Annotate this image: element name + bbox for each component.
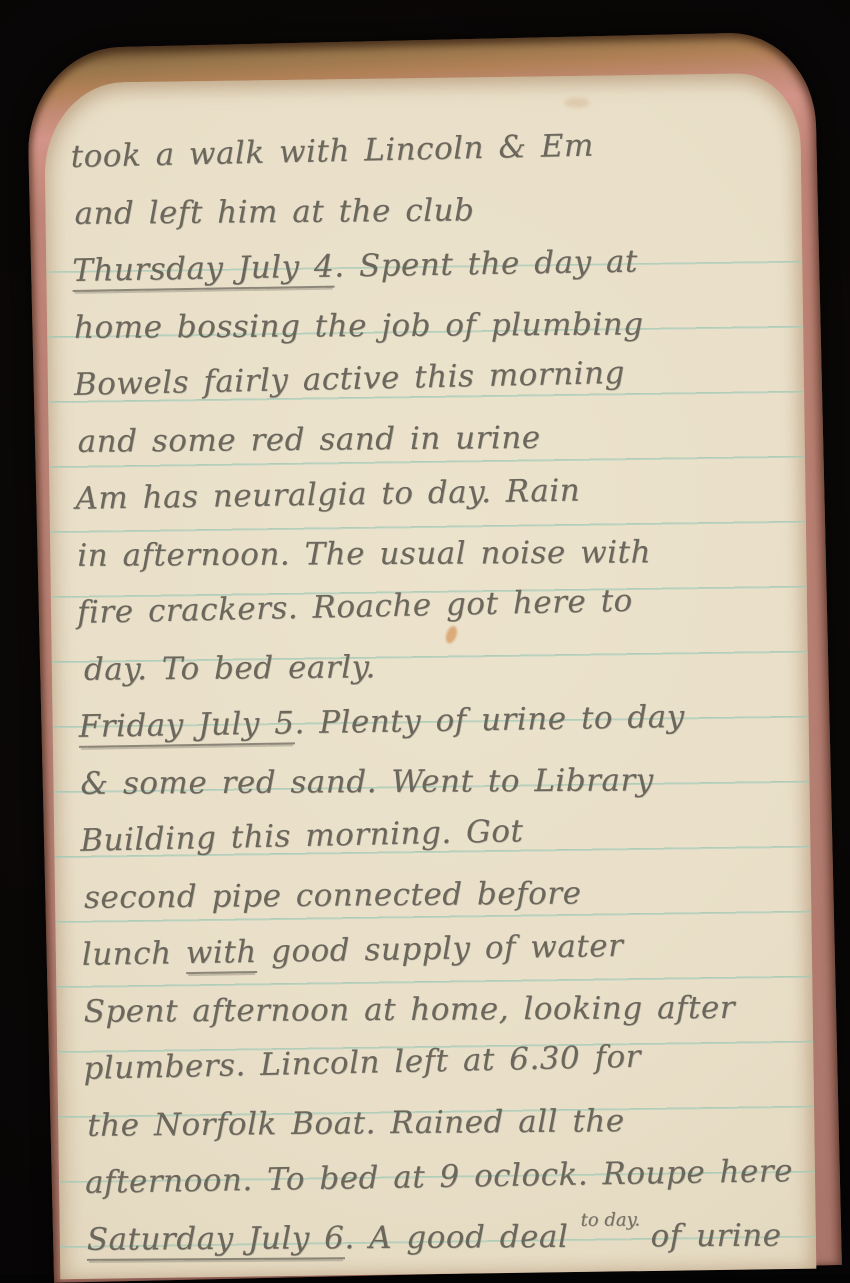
handwriting-line: Saturday July 6. A good deal to day. of … [87, 1207, 808, 1268]
handwriting-line: Am has neuralgia to day. Rain [75, 459, 798, 528]
handwriting-segment: good supply of water [256, 928, 623, 970]
entry-date-heading: Thursday July 4 [72, 249, 335, 292]
handwriting-segment: Am has neuralgia to day. Rain [75, 473, 580, 517]
handwriting-line: Thursday July 4. Spent the day at [72, 231, 795, 300]
handwriting-segment: . Plenty of urine to day [294, 699, 685, 741]
handwriting-segment: second pipe connected before [84, 876, 582, 916]
handwriting-segment: . A good deal [344, 1219, 582, 1256]
handwriting-segment: plumbers. Lincoln left at 6.30 for [83, 1039, 641, 1087]
handwriting-line: took a walk with Lincoln & Em [70, 113, 793, 186]
diary-page: took a walk with Lincoln & Emand left hi… [44, 73, 817, 1274]
handwriting-segment: Spent afternoon at home, looking after [84, 990, 736, 1030]
handwriting-line: afternoon. To bed at 9 oclock. Roupe her… [85, 1143, 808, 1212]
handwriting-segment: the Norfolk Boat. Rained all the [87, 1103, 625, 1144]
handwriting-segment: home bossing the job of plumbing [74, 306, 644, 345]
handwriting-segment: & some red sand. Went to Library [80, 762, 654, 802]
entry-date-heading: Friday July 5 [78, 705, 294, 748]
handwriting-segment: and left him at the club [74, 192, 474, 231]
handwriting-segment: Bowels fairly active this morning [74, 355, 626, 403]
handwriting-segment: of urine [636, 1218, 782, 1255]
handwriting-segment: in afternoon. The usual noise with [77, 534, 651, 574]
handwriting-segment: took a walk with Lincoln & Em [70, 128, 594, 175]
interline-insert: to day. [580, 1191, 640, 1248]
handwriting-segment: and some red sand in urine [78, 420, 541, 460]
handwriting-segment: afternoon. To bed at 9 oclock. Roupe her… [85, 1153, 794, 1201]
entry-date-heading: with [186, 934, 258, 974]
entry-date-heading: Saturday July 6 [87, 1220, 345, 1261]
handwriting-segment: fire crackers. Roache got here to [77, 583, 633, 631]
handwriting-line: Friday July 5. Plenty of urine to day [78, 687, 801, 756]
handwriting-segment: lunch [82, 935, 187, 973]
handwriting-segment: Building this morning. Got [80, 813, 524, 859]
handwriting-segment: . Spent the day at [334, 244, 638, 285]
handwriting-segment: day. To bed early. [84, 649, 376, 688]
handwriting-lines: took a walk with Lincoln & Emand left hi… [70, 119, 808, 1269]
paper-stain [564, 98, 590, 108]
handwriting-line: lunch with good supply of water [81, 915, 804, 984]
